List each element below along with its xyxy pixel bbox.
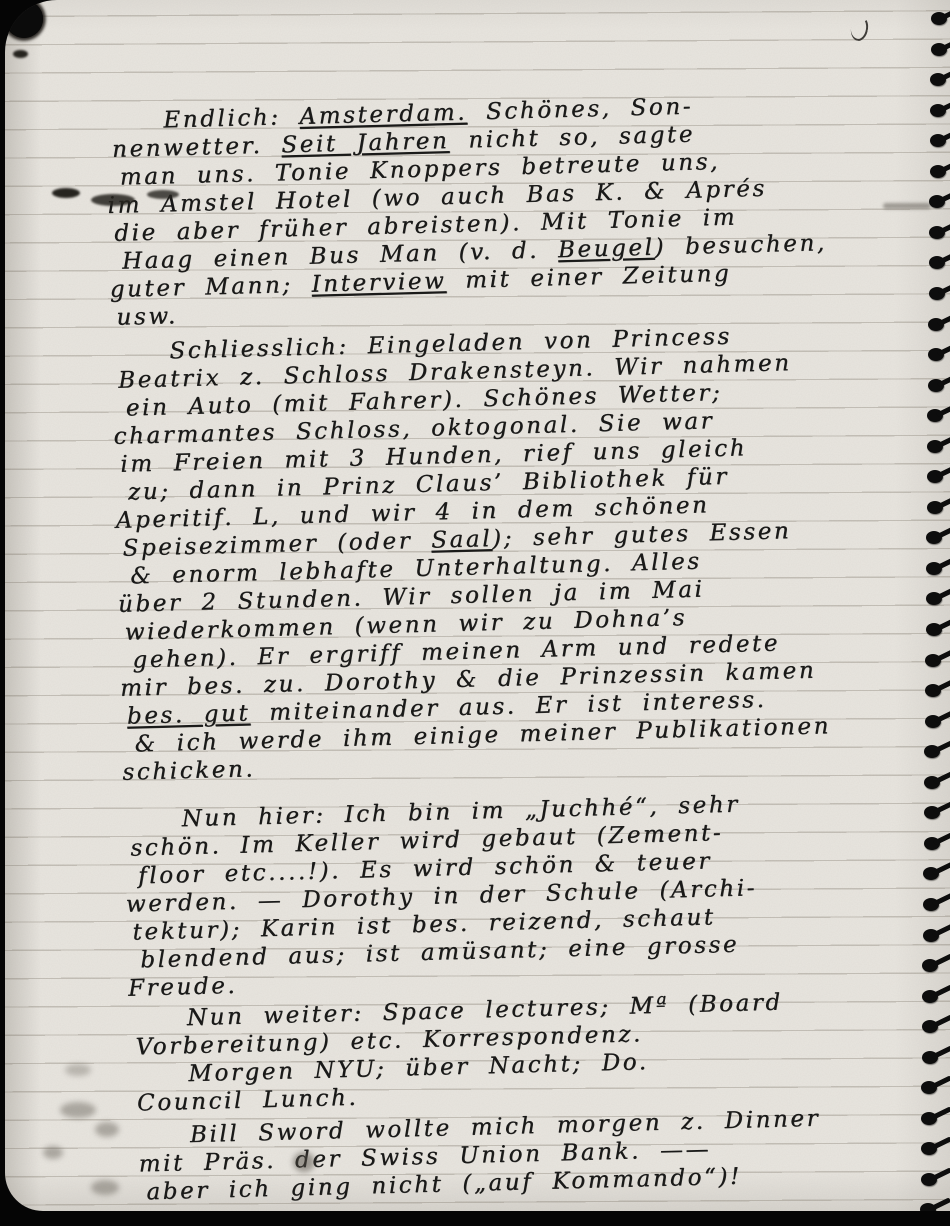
spiral-coil-icon bbox=[927, 501, 943, 514]
spiral-coil-icon bbox=[926, 623, 942, 636]
spiral-coil-icon bbox=[926, 562, 942, 575]
spiral-coil-icon bbox=[930, 73, 946, 86]
spiral-coil-icon bbox=[921, 1142, 937, 1155]
paragraph: Endlich: Amsterdam. Schönes, Son-nenwett… bbox=[105, 86, 950, 332]
spiral-coil-icon bbox=[923, 898, 939, 911]
spiral-coil-icon bbox=[921, 1112, 937, 1125]
spiral-coil-icon bbox=[930, 134, 946, 147]
spiral-coil-icon bbox=[920, 1203, 936, 1211]
paragraph: Schliesslich: Eingeladen von PrincessBea… bbox=[111, 317, 950, 787]
spiral-coil-icon bbox=[927, 440, 943, 453]
spiral-coil-icon bbox=[924, 745, 940, 758]
spiral-coil-icon bbox=[928, 379, 944, 392]
spiral-binding bbox=[904, 0, 950, 1211]
spiral-coil-icon bbox=[924, 806, 940, 819]
spiral-coil-icon bbox=[921, 1081, 937, 1094]
spiral-coil-icon bbox=[929, 287, 945, 300]
spiral-coil-icon bbox=[923, 929, 939, 942]
spiral-coil-icon bbox=[924, 776, 940, 789]
paper-sheet: Endlich: Amsterdam. Schönes, Son-nenwett… bbox=[5, 0, 950, 1211]
paragraph: Nun hier: Ich bin im „Juchhé“, sehrschön… bbox=[123, 785, 950, 1003]
spiral-coil-icon bbox=[925, 684, 941, 697]
spiral-coil-icon bbox=[928, 318, 944, 331]
spiral-coil-icon bbox=[924, 837, 940, 850]
punch-hole bbox=[5, 0, 43, 38]
spiral-coil-icon bbox=[925, 715, 941, 728]
spiral-coil-icon bbox=[928, 348, 944, 361]
spiral-coil-icon bbox=[922, 959, 938, 972]
spiral-coil-icon bbox=[930, 104, 946, 117]
spiral-coil-icon bbox=[927, 409, 943, 422]
scanned-page: Endlich: Amsterdam. Schönes, Son-nenwett… bbox=[0, 0, 950, 1226]
spiral-coil-icon bbox=[929, 195, 945, 208]
spiral-coil-icon bbox=[931, 43, 947, 56]
spiral-coil-icon bbox=[930, 165, 946, 178]
spiral-coil-icon bbox=[926, 531, 942, 544]
spiral-coil-icon bbox=[922, 1051, 938, 1064]
spiral-coil-icon bbox=[927, 470, 943, 483]
spiral-coil-icon bbox=[929, 256, 945, 269]
handwriting-text: Endlich: Amsterdam. Schönes, Son-nenwett… bbox=[105, 86, 950, 1207]
spiral-coil-icon bbox=[925, 654, 941, 667]
spiral-coil-icon bbox=[926, 592, 942, 605]
spiral-coil-icon bbox=[922, 1020, 938, 1033]
spiral-coil-icon bbox=[922, 990, 938, 1003]
spiral-coil-icon bbox=[923, 867, 939, 880]
spiral-coil-icon bbox=[931, 12, 947, 25]
spiral-coil-icon bbox=[921, 1173, 937, 1186]
spiral-coil-icon bbox=[929, 226, 945, 239]
